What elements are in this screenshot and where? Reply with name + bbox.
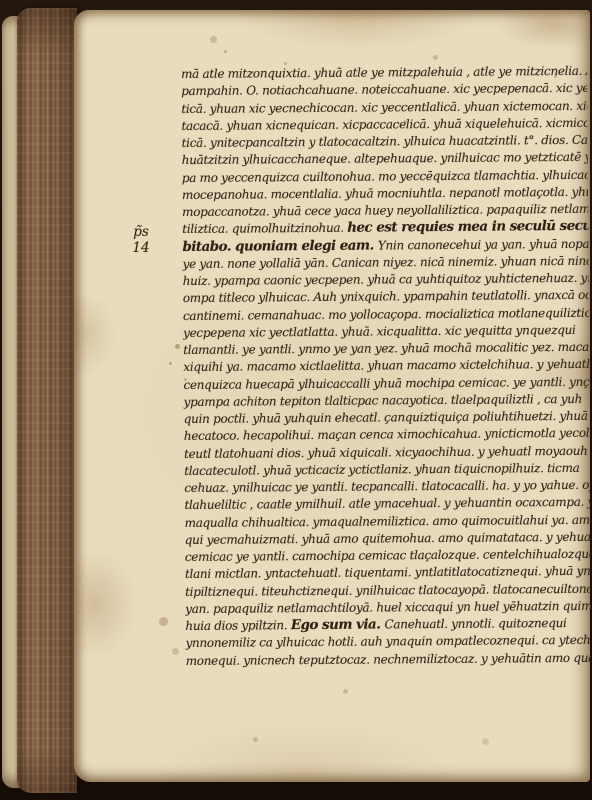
nahuatl-text: Ynin canonecehui ya yan. yhuā nopaca bbox=[378, 236, 592, 252]
nahuatl-text: huātzitzin ylhuicacchaneque. altepehuaqu… bbox=[182, 150, 592, 167]
nahuatl-text: mopaccanotza. yhuā cece yaca huey neyoll… bbox=[182, 202, 592, 219]
nahuatl-text: tacacā. yhuan xicnequican. xicpaccacelic… bbox=[181, 116, 591, 133]
nahuatl-text: cantinemi. cemanahuac. mo yollocaçopa. m… bbox=[183, 305, 592, 322]
nahuatl-text: yan. papaquiliz netlamachtiloyā. huel xi… bbox=[185, 598, 592, 615]
nahuatl-text: monequi. ynicnech teputztocaz. nechnemil… bbox=[186, 650, 592, 667]
nahuatl-text: qui yecmahuizmati. yhuā amo quitemohua. … bbox=[185, 529, 592, 546]
nahuatl-text: ticā. yhuan xic yecnechicocan. xic yecce… bbox=[181, 98, 591, 115]
nahuatl-text: ye yan. none yollaliā yān. Canican niyez… bbox=[182, 253, 591, 270]
nahuatl-text: cemicac ye yantli. camochipa cemicac tla… bbox=[185, 547, 592, 564]
nahuatl-text: ynnonemiliz ca ylhuicac hotli. auh ynaqu… bbox=[185, 633, 590, 650]
nahuatl-text: hecatoco. hecapolihui. maçan cenca ximoc… bbox=[184, 426, 592, 443]
nahuatl-text: ypampa achiton tepiton tlalticpac nacayo… bbox=[184, 392, 583, 409]
book-page-edges bbox=[17, 8, 77, 793]
nahuatl-text: tlamantli. ye yantli. ynmo ye yan yez. y… bbox=[183, 340, 592, 357]
nahuatl-text: mā atle mitzonquixtia. yhuā atle ye mitz… bbox=[181, 64, 592, 81]
margin-note-psalm-reference: p̃s 14 bbox=[126, 224, 156, 256]
psalm-abbr: p̃s bbox=[126, 224, 156, 240]
psalm-number: 14 bbox=[126, 240, 156, 256]
page-edge-grain bbox=[17, 8, 77, 793]
nahuatl-text: tlahueliltic , caatle ymilhuil. atle yma… bbox=[184, 495, 591, 512]
manuscript-photo: p̃s 14 mā atle mitzonquixtia. yhuā atle … bbox=[0, 0, 592, 800]
nahuatl-text: quin poctli. yhuā yuhquin ehecatl. çanqu… bbox=[184, 409, 588, 426]
nahuatl-text: huiz. ypampa caonic yecpepen. yhuā ca yu… bbox=[183, 271, 592, 288]
nahuatl-text: pa mo yeccenquizca cuiltonohua. mo yeccē… bbox=[182, 167, 592, 184]
nahuatl-text: teutl tlatohuani dios. yhuā xiquicali. x… bbox=[184, 443, 588, 460]
nahuatl-text: Canehuatl. ynnotli. quitoznequi bbox=[384, 616, 566, 631]
nahuatl-text: tiliztica. quimolhuitzinohua. bbox=[182, 221, 347, 236]
nahuatl-text: ticā. ynitecpancaltzin y tlatocacaltzin.… bbox=[182, 133, 592, 150]
nahuatl-text: ompa titleco ylhuicac. Auh ynixquich. yp… bbox=[183, 288, 592, 305]
foxing-stains bbox=[224, 50, 227, 53]
nahuatl-text: cenquizca huecapā ylhuicaccalli yhuā moc… bbox=[183, 374, 591, 391]
manuscript-text: mā atle mitzonquixtia. yhuā atle ye mitz… bbox=[181, 63, 592, 670]
nahuatl-text: tipiltiznequi. titeuhctiznequi. ynilhuic… bbox=[185, 581, 592, 598]
nahuatl-text: pampahin. O. notiachcahuane. noteiccahua… bbox=[181, 81, 592, 99]
nahuatl-text: yecpepena xic yectlatlatta. yhuā. xicqua… bbox=[183, 323, 576, 340]
nahuatl-text: xiquihi ya. macamo xictlaelitta. yhuan m… bbox=[183, 357, 590, 374]
nahuatl-text: tlacateculotl. yhuā ycticaciz yctictlani… bbox=[184, 461, 579, 478]
latin-phrase: bitabo. quoniam elegi eam. bbox=[182, 237, 378, 255]
nahuatl-text: mocepanohua. mocentlalia. yhuā mocniuhtl… bbox=[182, 184, 592, 201]
nahuatl-text: huia dios ypiltzin. bbox=[185, 618, 291, 633]
latin-phrase: Ego sum via. bbox=[291, 616, 385, 633]
nahuatl-text: maqualla chihualtica. ymaqualnemiliztica… bbox=[185, 512, 592, 529]
latin-phrase: hec est requies mea in seculū seculi hic… bbox=[347, 218, 592, 236]
nahuatl-text: cehuaz. ynilhuicac ye yantli. tecpancall… bbox=[184, 478, 591, 495]
manuscript-line: monequi. ynicnech teputztocaz. nechnemil… bbox=[186, 649, 592, 669]
nahuatl-text: tlani mictlan. yntactehuatl. tiquentami.… bbox=[185, 564, 592, 581]
